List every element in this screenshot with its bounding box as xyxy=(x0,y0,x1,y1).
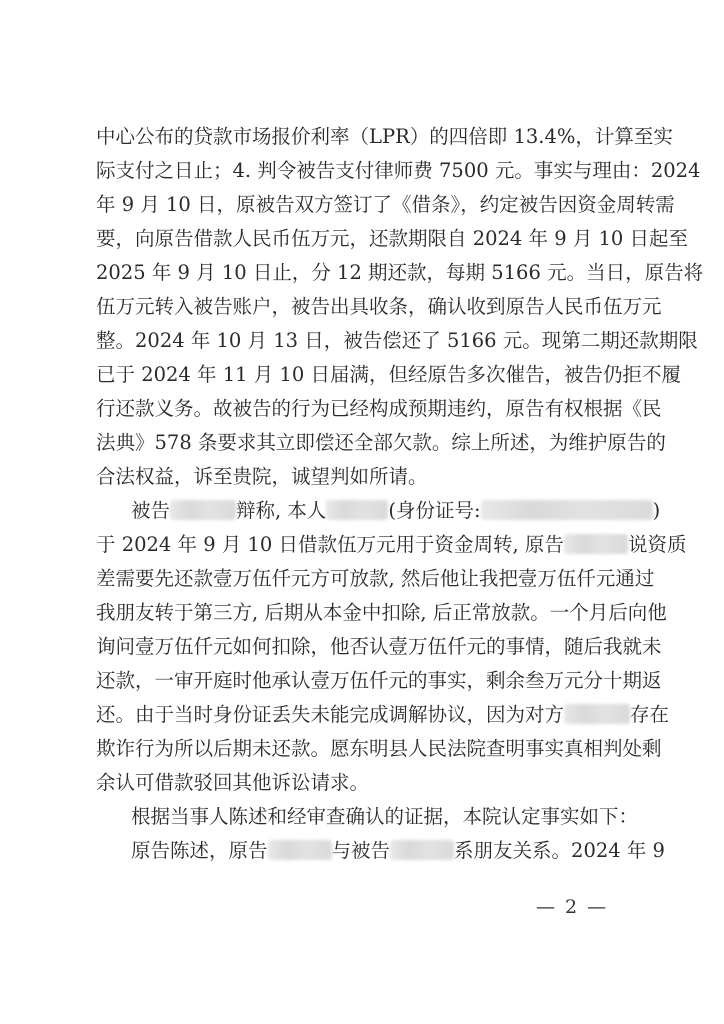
text-line: 法典》578 条要求其立即偿还全部欠款。综上所述，为维护原告的 xyxy=(96,428,630,458)
text: 系朋友关系。2024 年 9 xyxy=(454,839,665,862)
text: 于 2024 年 9 月 10 日借款伍万元用于资金周转, 原告 xyxy=(96,533,564,556)
facts-heading: 根据当事人陈述和经审查确认的证据，本院认定事实如下： xyxy=(131,802,630,832)
defense-line-1: 被告辩称, 本人(身份证号:) xyxy=(131,496,630,526)
text: 辩称, 本人 xyxy=(236,499,326,522)
redacted-plaintiff-name xyxy=(564,534,628,554)
text: ) xyxy=(653,499,661,522)
text: 与被告 xyxy=(332,839,391,862)
text: 还。由于当时身份证丢失未能完成调解协议，因为对方 xyxy=(96,703,564,726)
facts-line: 原告陈述，原告与被告系朋友关系。2024 年 9 xyxy=(131,836,630,866)
text: 被告 xyxy=(131,499,170,522)
text-line: 2025 年 9 月 10 日止，分 12 期还款，每期 5166 元。当日，原… xyxy=(96,258,630,288)
redacted-plaintiff-name xyxy=(268,840,332,860)
text-line: 还款，一审开庭时他承认壹万伍仟元的事实，剩余叁万元分十期返 xyxy=(96,666,630,696)
document-page: 中心公布的贷款市场报价利率（LPR）的四倍即 13.4%，计算至实际支付之日止；… xyxy=(0,0,724,1024)
text: 原告陈述，原告 xyxy=(131,839,268,862)
redacted-plaintiff-name xyxy=(564,704,630,724)
text-line: 询问壹万伍仟元如何扣除，他否认壹万伍仟元的事情，随后我就未 xyxy=(96,632,630,662)
defense-line-2: 于 2024 年 9 月 10 日借款伍万元用于资金周转, 原告说资质 xyxy=(96,530,630,560)
redacted-defendant-name xyxy=(390,840,454,860)
text-line: 行还款义务。故被告的行为已经构成预期违约，原告有权根据《民 xyxy=(96,394,630,424)
text-line: 年 9 月 10 日，原被告双方签订了《借条》，约定被告因资金周转需 xyxy=(96,190,630,220)
text-line: 伍万元转入被告账户，被告出具收条，确认收到原告人民币伍万元 xyxy=(96,292,630,322)
text-line: 余认可借款驳回其他诉讼请求。 xyxy=(96,768,630,798)
text-line: 际支付之日止；4. 判令被告支付律师费 7500 元。事实与理由：2024 xyxy=(96,156,630,186)
text-line: 欺诈行为所以后期未还款。愿东明县人民法院查明事实真相判处剩 xyxy=(96,734,630,764)
text-line: 要，向原告借款人民币伍万元，还款期限自 2024 年 9 月 10 日起至 xyxy=(96,224,630,254)
text-line: 我朋友转于第三方, 后期从本金中扣除, 后正常放款。一个月后向他 xyxy=(96,598,630,628)
text-line: 整。2024 年 10 月 13 日，被告偿还了 5166 元。现第二期还款期限 xyxy=(96,326,630,356)
defense-line-7: 还。由于当时身份证丢失未能完成调解协议，因为对方存在 xyxy=(96,700,630,730)
redacted-name xyxy=(326,500,388,520)
text: 根据当事人陈述和经审查确认的证据，本院认定事实如下： xyxy=(131,805,638,828)
redacted-id-number xyxy=(481,500,653,520)
text: 存在 xyxy=(630,703,669,726)
text-line: 差需要先还款壹万伍仟元方可放款, 然后他让我把壹万伍仟元通过 xyxy=(96,564,630,594)
redacted-defendant-name xyxy=(170,500,236,520)
text-line: 中心公布的贷款市场报价利率（LPR）的四倍即 13.4%，计算至实 xyxy=(96,122,630,152)
text-line: 已于 2024 年 11 月 10 日届满，但经原告多次催告，被告仍拒不履 xyxy=(96,360,630,390)
text: 说资质 xyxy=(628,533,687,556)
text: (身份证号: xyxy=(388,499,480,522)
text-line: 合法权益，诉至贵院，诚望判如所请。 xyxy=(96,462,630,492)
page-number: — 2 — xyxy=(536,896,608,918)
